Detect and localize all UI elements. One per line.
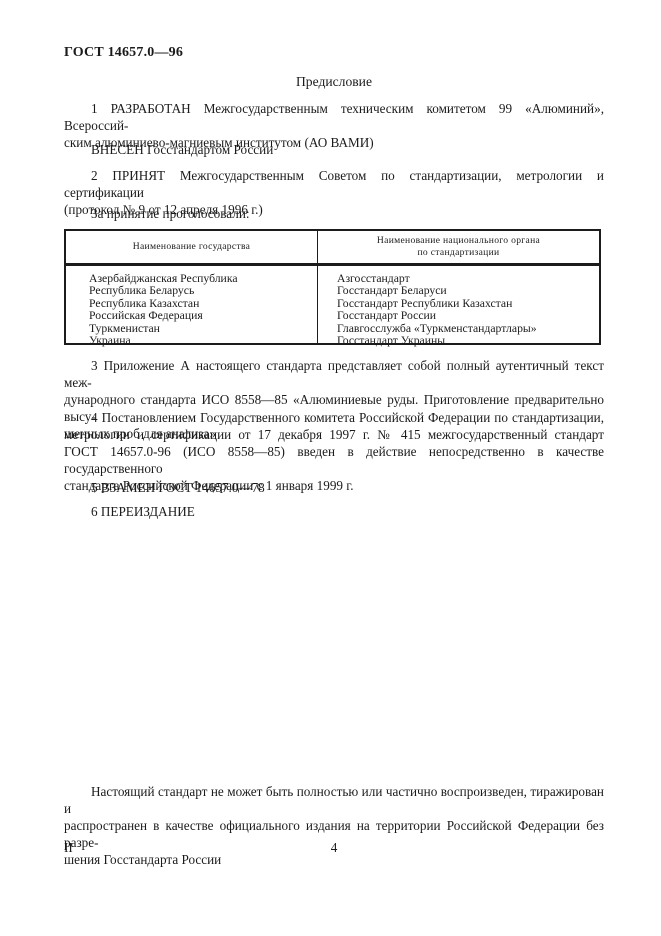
vote-table: Наименование государства Наименование на…: [64, 229, 601, 345]
table-cell: Российская Федерация: [89, 310, 317, 322]
table-cell: Госстандарт Беларуси: [337, 285, 599, 297]
column-header-state: Наименование государства: [66, 231, 318, 263]
table-cell: Республика Беларусь: [89, 285, 317, 297]
text-line: 2 ПРИНЯТ Межгосударственным Советом по с…: [64, 167, 604, 201]
text-line: по стандартизации: [377, 247, 540, 259]
text-line: Настоящий стандарт не может быть полност…: [64, 783, 604, 817]
gost-standard-page: ГОСТ 14657.0—96 Предисловие 1 РАЗРАБОТАН…: [0, 0, 661, 936]
text-line: Наименование национального органа: [377, 235, 540, 247]
vote-intro: За принятие проголосовали:: [64, 205, 631, 222]
text-line: 1 РАЗРАБОТАН Межгосударственным техничес…: [64, 100, 604, 134]
column-header-body: Наименование национального органа по ста…: [318, 231, 599, 263]
vote-table-body: Азербайджанская Республика Республика Бе…: [66, 266, 599, 345]
table-cell: Украина: [89, 335, 317, 347]
text-line: метрологии и сертификации от 17 декабря …: [64, 426, 604, 443]
document-code: ГОСТ 14657.0—96: [64, 44, 604, 61]
table-cell: Госстандарт России: [337, 310, 599, 322]
clause-submitted: ВНЕСЕН Госстандартом России: [64, 141, 631, 158]
clause-5-replaces: 5 ВЗАМЕН ГОСТ 14657.0—78: [64, 479, 631, 496]
page-number: 4: [64, 839, 604, 856]
text-line: 3 Приложение А настоящего стандарта пред…: [64, 357, 604, 391]
vote-table-header: Наименование государства Наименование на…: [66, 231, 599, 266]
table-cell: Госстандарт Украины: [337, 335, 599, 347]
state-names-column: Азербайджанская Республика Республика Бе…: [66, 266, 318, 345]
clause-6-reissue: 6 ПЕРЕИЗДАНИЕ: [64, 503, 631, 520]
page-title: Предисловие: [64, 73, 604, 90]
standards-body-column: Азгосстандарт Госстандарт Беларуси Госст…: [318, 266, 599, 345]
text-line: 4 Постановлением Государственного комите…: [64, 409, 604, 426]
text-line: ГОСТ 14657.0-96 (ИСО 8558—85) введен в д…: [64, 443, 604, 477]
